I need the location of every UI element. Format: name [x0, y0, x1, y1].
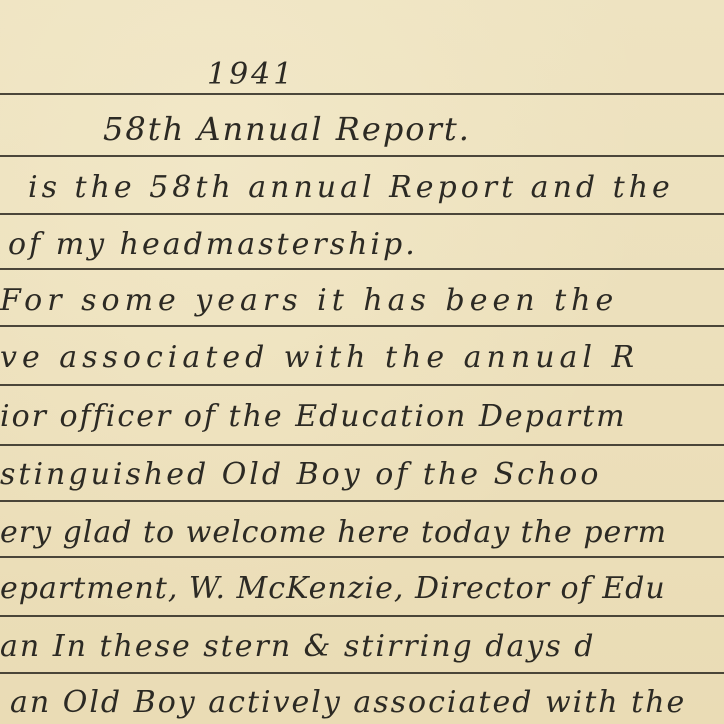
- ruled-line: [0, 672, 724, 674]
- text-line-5: ior officer of the Education Departm: [0, 402, 627, 432]
- text-line-2: of my headmastership.: [8, 230, 418, 260]
- ruled-line: [0, 93, 724, 95]
- ruled-line: [0, 155, 724, 157]
- ruled-line: [0, 213, 724, 215]
- handwritten-page: 1941 58th Annual Report. is the 58th ann…: [0, 0, 724, 724]
- ruled-line: [0, 384, 724, 386]
- text-line-8: epartment, W. McKenzie, Director of Edu: [0, 574, 666, 604]
- ruled-line: [0, 500, 724, 502]
- ruled-line: [0, 268, 724, 270]
- ruled-line: [0, 325, 724, 327]
- ruled-line: [0, 444, 724, 446]
- text-line-1: is the 58th annual Report and the: [28, 173, 674, 203]
- text-line-10: an Old Boy actively associated with the: [10, 688, 686, 718]
- text-line-9: an In these stern & stirring days d: [0, 632, 595, 662]
- text-line-7: ery glad to welcome here today the perm: [0, 518, 667, 548]
- text-line-3: For some years it has been the: [0, 286, 618, 316]
- ruled-line: [0, 556, 724, 558]
- ruled-line: [0, 615, 724, 617]
- text-line-6: stinguished Old Boy of the Schoo: [0, 460, 601, 490]
- report-year: 1941: [207, 60, 295, 90]
- text-line-4: ve associated with the annual R: [0, 343, 639, 373]
- report-title: 58th Annual Report.: [103, 113, 471, 145]
